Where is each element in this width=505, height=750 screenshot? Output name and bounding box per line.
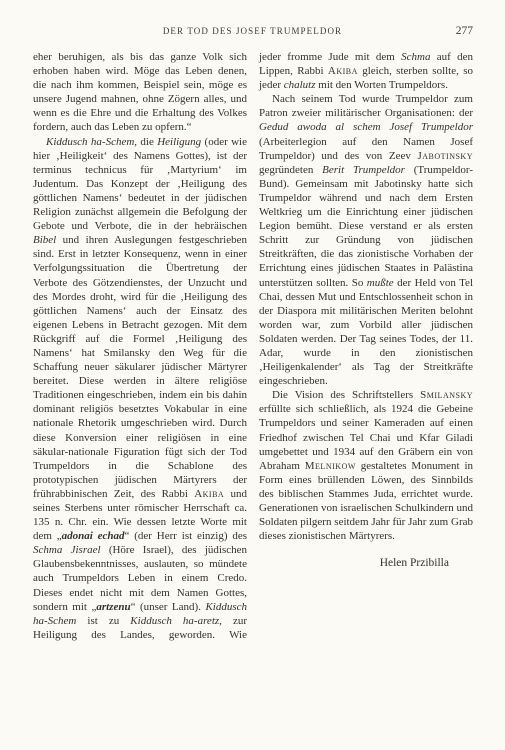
- text-run: Akiba: [194, 488, 224, 500]
- paragraph: Nach seinem Tod wurde Trumpeldor zum Pat…: [259, 92, 473, 388]
- running-header: DER TOD DES JOSEF TRUMPELDOR 277: [0, 26, 505, 42]
- text-run: “ (unser Land).: [131, 601, 206, 613]
- text-run: adonai echad: [62, 530, 125, 542]
- text-run: “ (der Herr ist einzig) des: [125, 530, 247, 542]
- text-run: artzenu: [96, 601, 130, 613]
- text-run: eher beruhigen, als bis das ganze Volk s…: [33, 51, 247, 133]
- text-run: ist zu: [76, 615, 130, 627]
- text-run: (Trumpeldor-Bund). Gemeinsam mit Jabotin…: [259, 164, 473, 289]
- text-run: Kiddusch ha-Schem: [46, 136, 134, 148]
- text-run: Melnikow: [305, 460, 356, 472]
- book-page: DER TOD DES JOSEF TRUMPELDOR 277 eher be…: [0, 0, 505, 750]
- text-run: und ihren Auslegungen festgeschrieben si…: [33, 234, 247, 500]
- text-run: jeder fromme Jude mit dem: [259, 51, 401, 63]
- text-run: (oder wie hier ‚Heiligkeit‘ des Namens G…: [33, 136, 247, 233]
- text-run: Kiddusch ha-aretz: [130, 615, 219, 627]
- text-run: Berit Trumpeldor: [322, 164, 405, 176]
- paragraph: eher beruhigen, als bis das ganze Volk s…: [33, 50, 247, 135]
- text-column-right: jeder fromme Jude mit dem Schma auf den …: [259, 50, 473, 642]
- text-run: gegründeten: [259, 164, 322, 176]
- text-run: Akiba: [328, 65, 358, 77]
- text-run: mit den Worten Trumpeldors.: [316, 79, 448, 91]
- text-run: Gedud awoda al schem Josef Trumpeldor: [259, 121, 473, 133]
- text-run: Die Vision des Schriftstellers: [272, 389, 420, 401]
- text-run: Nach seinem Tod wurde Trumpeldor zum Pat…: [259, 93, 473, 119]
- text-run: Schma: [401, 51, 430, 63]
- page-number: 277: [456, 25, 473, 37]
- text-run: Bibel: [33, 234, 56, 246]
- running-header-title: DER TOD DES JOSEF TRUMPELDOR: [0, 26, 505, 36]
- text-run: Jabotinsky: [417, 150, 473, 162]
- text-run: Smilansky: [420, 389, 473, 401]
- paragraph: Die Vision des Schriftstellers Smilansky…: [259, 388, 473, 543]
- text-run: chalutz: [284, 79, 316, 91]
- text-run: , die: [134, 136, 157, 148]
- paragraph: jeder fromme Jude mit dem Schma auf den …: [259, 50, 473, 92]
- paragraph: Kiddusch ha-Schem, die Heiligung (oder w…: [33, 135, 247, 642]
- text-run: mußte: [367, 277, 394, 289]
- text-run: Heiligung: [157, 136, 201, 148]
- text-run: gestaltetes Monument in Form eines brüll…: [259, 460, 473, 542]
- text-run: der Held von Tel Chai, dessen Mut und En…: [259, 277, 473, 388]
- text-column-left: eher beruhigen, als bis das ganze Volk s…: [33, 50, 247, 642]
- text-run: Schma Jisrael: [33, 544, 101, 556]
- author-signature: Helen Przibilla: [259, 556, 473, 570]
- text-columns: eher beruhigen, als bis das ganze Volk s…: [33, 50, 473, 642]
